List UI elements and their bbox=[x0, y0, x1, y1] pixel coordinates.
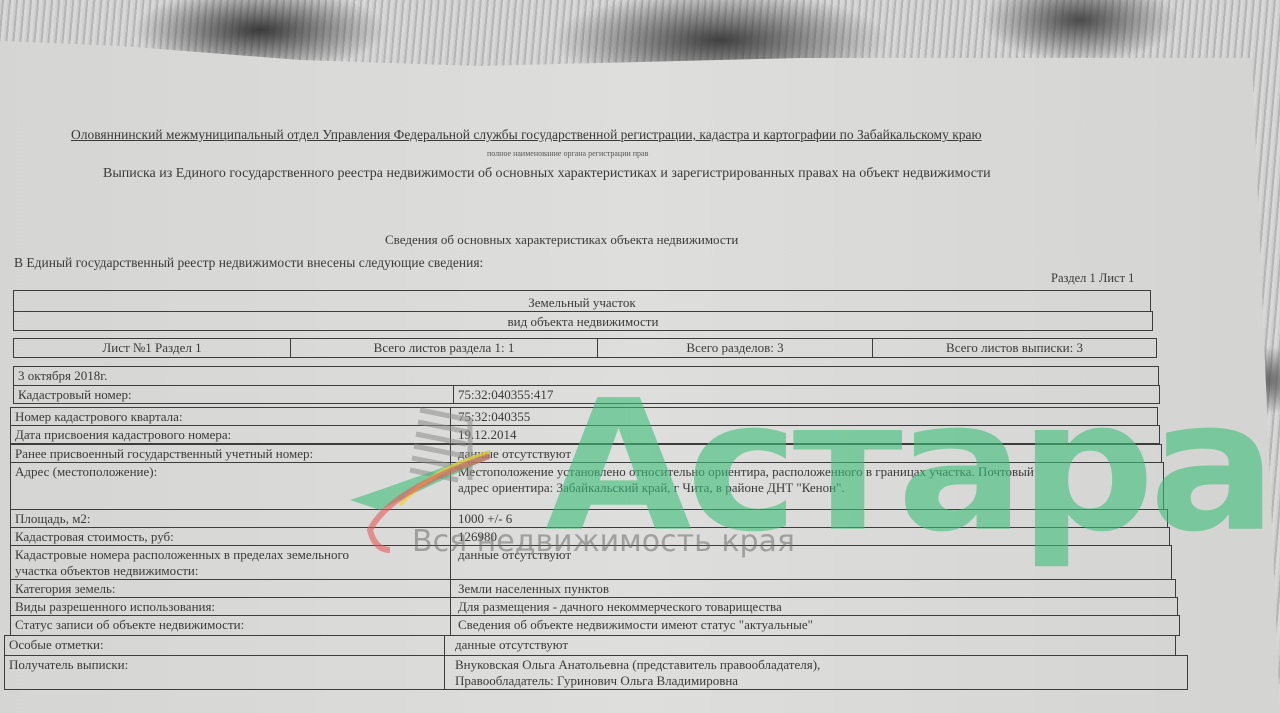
property-value: 126980 bbox=[454, 528, 1169, 545]
property-value: 19.12.2014 bbox=[454, 426, 1159, 443]
property-label: Статус записи об объекте недвижимости: bbox=[11, 616, 451, 635]
registration-authority: Оловяннинский межмуниципальный отдел Упр… bbox=[71, 127, 982, 143]
property-value-text: данные отсутствуют bbox=[458, 446, 571, 462]
property-label: Категория земель: bbox=[11, 580, 451, 597]
date-row: 3 октября 2018г. bbox=[13, 366, 1159, 386]
property-row: Статус записи об объекте недвижимости:Св… bbox=[10, 615, 1180, 636]
extract-sheets-total: Всего листов выписки: 3 bbox=[873, 339, 1156, 357]
property-row: Категория земель:Земли населенных пункто… bbox=[10, 579, 1176, 598]
property-value: 75:32:040355 bbox=[454, 408, 1157, 425]
property-value: данные отсутствуют bbox=[454, 546, 1171, 579]
property-label-text: Ранее присвоенный государственный учетны… bbox=[15, 446, 313, 462]
property-row: Площадь, м2:1000 +/- 6 bbox=[10, 509, 1168, 528]
property-label-text: Статус записи об объекте недвижимости: bbox=[15, 617, 244, 633]
property-row: Кадастровые номера расположенных в преде… bbox=[10, 545, 1172, 580]
sheet-number: Лист №1 Раздел 1 bbox=[14, 339, 291, 357]
property-value: Земли населенных пунктов bbox=[454, 580, 1175, 597]
sheet-reference: Раздел 1 Лист 1 bbox=[1051, 271, 1134, 286]
sections-total: Всего разделов: 3 bbox=[598, 339, 873, 357]
property-value-text: 75:32:040355 bbox=[458, 409, 530, 425]
property-label: Адрес (местоположение): bbox=[11, 463, 451, 509]
sheet-info-row: Лист №1 Раздел 1 Всего листов раздела 1:… bbox=[13, 338, 1157, 358]
property-value-text: данные отсутствуют bbox=[455, 637, 568, 653]
property-value-text: Внуковская Ольга Анатольевна (представит… bbox=[455, 657, 820, 673]
property-row: Адрес (местоположение):Местоположение ус… bbox=[10, 462, 1164, 510]
section-sheets-total: Всего листов раздела 1: 1 bbox=[291, 339, 598, 357]
extract-date: 3 октября 2018г. bbox=[14, 367, 1158, 385]
property-label: Кадастровая стоимость, руб: bbox=[11, 528, 451, 545]
property-label: Площадь, м2: bbox=[11, 510, 451, 527]
property-label: Ранее присвоенный государственный учетны… bbox=[11, 445, 451, 462]
property-value-text: адрес ориентира: Забайкальский край, г Ч… bbox=[458, 480, 845, 496]
property-label-text: Номер кадастрового квартала: bbox=[15, 409, 183, 425]
cadastral-number-row: Кадастровый номер: 75:32:040355:417 bbox=[13, 385, 1160, 404]
property-value-text: Местоположение установлено относительно … bbox=[458, 464, 1034, 480]
property-value: данные отсутствуют bbox=[454, 445, 1161, 462]
property-label: Дата присвоения кадастрового номера: bbox=[11, 426, 451, 443]
property-value-text: Земли населенных пунктов bbox=[458, 581, 609, 597]
document-title: Выписка из Единого государственного реес… bbox=[103, 166, 991, 182]
property-label-text: Дата присвоения кадастрового номера: bbox=[15, 427, 231, 443]
property-value: Внуковская Ольга Анатольевна (представит… bbox=[451, 656, 1187, 689]
property-value-text: данные отсутствуют bbox=[458, 547, 571, 563]
property-label-text: Получатель выписки: bbox=[9, 657, 128, 673]
object-type-caption-row: вид объекта недвижимости bbox=[13, 311, 1153, 331]
property-label-text: участка объектов недвижимости: bbox=[15, 563, 199, 579]
property-row: Ранее присвоенный государственный учетны… bbox=[10, 444, 1162, 463]
property-label-text: Категория земель: bbox=[15, 581, 116, 597]
property-value: 1000 +/- 6 bbox=[454, 510, 1167, 527]
property-row: Дата присвоения кадастрового номера:19.1… bbox=[10, 425, 1160, 444]
property-label: Номер кадастрового квартала: bbox=[11, 408, 451, 425]
property-label-text: Особые отметки: bbox=[9, 637, 104, 653]
property-label: Кадастровые номера расположенных в преде… bbox=[11, 546, 451, 579]
property-value-text: 1000 +/- 6 bbox=[458, 511, 512, 527]
authority-caption: полное наименование органа регистрации п… bbox=[487, 149, 648, 158]
object-type-caption: вид объекта недвижимости bbox=[14, 312, 1152, 330]
intro-text: В Единый государственный реестр недвижим… bbox=[14, 255, 483, 271]
property-value: Сведения об объекте недвижимости имеют с… bbox=[454, 616, 1179, 635]
property-label-text: Адрес (местоположение): bbox=[15, 464, 157, 480]
property-row: Кадастровая стоимость, руб:126980 bbox=[10, 527, 1170, 546]
property-value-text: 126980 bbox=[458, 529, 497, 545]
object-type-row: Земельный участок bbox=[13, 290, 1151, 312]
object-type: Земельный участок bbox=[14, 291, 1150, 311]
property-label-text: Виды разрешенного использования: bbox=[15, 599, 215, 615]
property-row: Виды разрешенного использования:Для разм… bbox=[10, 597, 1178, 616]
property-value: Местоположение установлено относительно … bbox=[454, 463, 1163, 509]
property-value: данные отсутствуют bbox=[451, 636, 1175, 655]
property-label: Виды разрешенного использования: bbox=[11, 598, 451, 615]
property-label: Особые отметки: bbox=[5, 636, 445, 655]
property-value: Для размещения - дачного некоммерческого… bbox=[454, 598, 1177, 615]
cadastral-number-value: 75:32:040355:417 bbox=[454, 386, 1159, 403]
property-row: Номер кадастрового квартала:75:32:040355 bbox=[10, 407, 1158, 426]
property-row: Особые отметки:данные отсутствуют bbox=[4, 635, 1176, 656]
property-value-text: Для размещения - дачного некоммерческого… bbox=[458, 599, 782, 615]
property-label: Получатель выписки: bbox=[5, 656, 445, 689]
property-value-text: 19.12.2014 bbox=[458, 427, 517, 443]
property-label-text: Площадь, м2: bbox=[15, 511, 91, 527]
property-label-text: Кадастровые номера расположенных в преде… bbox=[15, 547, 349, 563]
property-row: Получатель выписки:Внуковская Ольга Анат… bbox=[4, 655, 1188, 690]
cadastral-number-label: Кадастровый номер: bbox=[14, 386, 454, 403]
property-label-text: Кадастровая стоимость, руб: bbox=[15, 529, 174, 545]
property-value-text: Сведения об объекте недвижимости имеют с… bbox=[458, 617, 813, 633]
section-title: Сведения об основных характеристиках объ… bbox=[385, 232, 738, 248]
property-value-text: Правообладатель: Гуринович Ольга Владими… bbox=[455, 673, 738, 689]
